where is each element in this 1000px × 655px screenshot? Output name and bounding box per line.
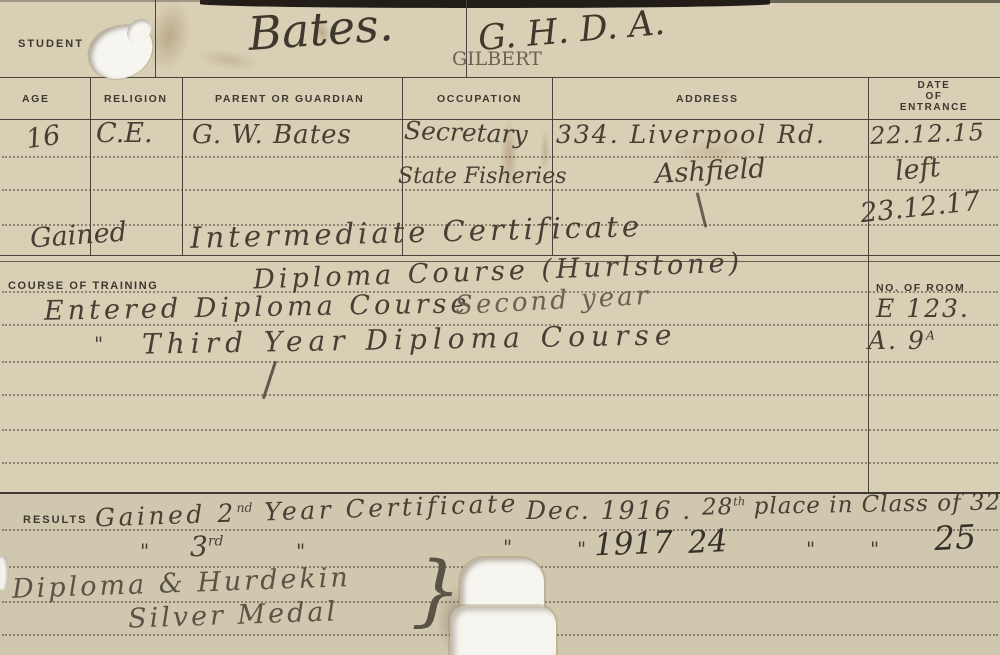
results-line1-date: Dec. 1916 . <box>526 498 692 523</box>
room-value2-sup: A <box>926 328 935 343</box>
address-value-line1: 334. Liverpool Rd. <box>556 122 826 147</box>
room-value2-base: A. 9 <box>868 326 926 355</box>
training-row1-note: Second year <box>454 283 651 319</box>
dotted-line <box>2 189 998 191</box>
address-header: ADDRESS <box>676 93 739 105</box>
results-line2-ditto5: " <box>806 539 815 559</box>
column-divider <box>155 0 156 77</box>
address-value-line2: Ashfield <box>654 155 766 188</box>
results-place-pre: 28 <box>702 494 734 521</box>
occupation-value-line1: Secretary <box>404 118 529 147</box>
student-label: STUDENT <box>18 38 84 50</box>
results-line2-ditto1: " <box>140 541 149 561</box>
results-line2-year: 1917 <box>593 528 673 562</box>
parent-value: G. W. Bates <box>192 122 352 148</box>
photo-edge <box>740 0 1000 3</box>
results-line2-place: 24 <box>687 526 728 559</box>
results-line1-pre: Gained 2 <box>95 498 238 532</box>
results-line2-ditto6: " <box>870 539 879 559</box>
religion-header: RELIGION <box>104 93 168 105</box>
column-divider <box>182 77 183 255</box>
photo-edge <box>0 0 210 2</box>
date-of-entrance-header: DATE OF ENTRANCE <box>868 80 1000 113</box>
results-line2-ditto4: " <box>577 539 586 559</box>
date-entered-value: 22.12.15 <box>870 120 986 148</box>
occupation-value-line2: State Fisheries <box>398 166 567 188</box>
date-header-line2: OF <box>868 91 1000 102</box>
pen-stroke <box>696 192 707 228</box>
date-header-line1: DATE <box>868 80 1000 91</box>
torn-notch-lower <box>450 606 556 655</box>
results-place-post: place in Class of 32. <box>745 489 1000 520</box>
edge-chip <box>0 556 9 590</box>
dotted-line <box>2 156 998 158</box>
results-line2-total: 25 <box>933 520 977 555</box>
achievement-line1: Intermediate Certificate <box>190 212 644 253</box>
results-place-sup: th <box>733 494 745 508</box>
training-row2: Third Year Diploma Course <box>142 321 678 358</box>
student-first-name: GILBERT <box>452 50 542 69</box>
results-label: RESULTS <box>23 514 88 526</box>
results-line2-ord: 3rd <box>190 533 223 561</box>
dotted-line <box>2 462 998 464</box>
results-line1-place: 28th place in Class of 32. <box>702 491 1000 519</box>
dotted-line <box>2 361 998 363</box>
student-surname: Bates. <box>247 1 395 57</box>
training-row1: Entered Diploma Course <box>44 290 471 324</box>
left-label: left <box>894 154 942 185</box>
achievement-word: Gained <box>29 219 128 253</box>
age-header: AGE <box>22 93 50 105</box>
course-of-training-label: COURSE OF TRAINING <box>8 280 158 292</box>
occupation-header: OCCUPATION <box>437 93 522 105</box>
room-value1: E 123. <box>876 296 970 321</box>
date-header-line3: ENTRANCE <box>868 102 1000 113</box>
training-row2-ditto: " <box>94 334 103 354</box>
achievement-line2: Diploma Course (Hurlstone) <box>253 249 744 293</box>
results-ord-sup: rd <box>208 534 224 550</box>
record-card: STUDENT Bates. G. H. D. A. GILBERT AGE R… <box>0 0 1000 655</box>
room-value2: A. 9A <box>868 328 935 353</box>
age-value: 16 <box>24 122 62 154</box>
dotted-line <box>2 429 998 431</box>
results-ord-base: 3 <box>190 530 208 563</box>
results-line4: Silver Medal <box>128 598 339 632</box>
rule-line <box>0 77 1000 78</box>
results-line1-sup: nd <box>236 500 253 516</box>
religion-value: C.E. <box>96 120 153 147</box>
room-label: NO. OF ROOM <box>876 282 965 294</box>
date-left-value: 23.12.17 <box>859 188 981 227</box>
dotted-line <box>2 394 998 396</box>
results-line2-ditto3: " <box>503 537 512 557</box>
results-line2-ditto2: " <box>296 541 305 561</box>
parent-header: PARENT OR GUARDIAN <box>215 93 364 105</box>
